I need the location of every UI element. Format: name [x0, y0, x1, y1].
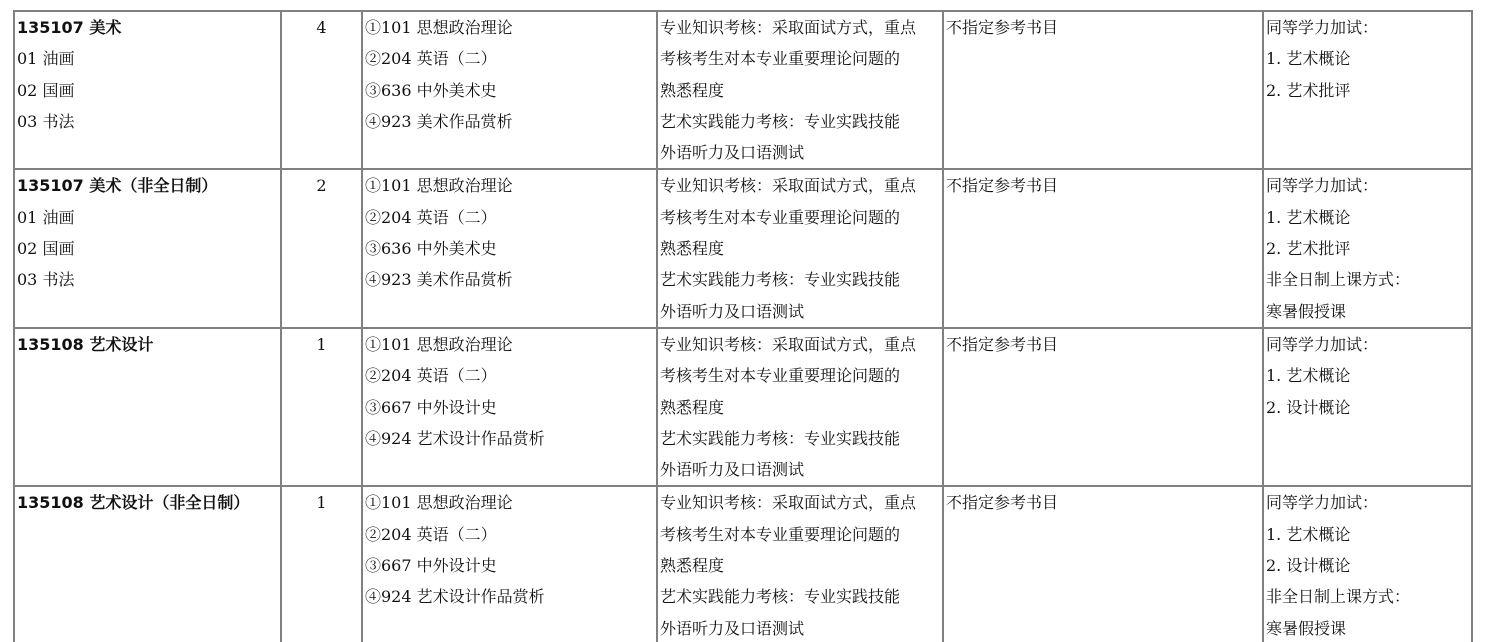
- enrollment-count: 1: [282, 329, 361, 360]
- exam-subject: ④923 美术作品赏析: [365, 264, 656, 295]
- enrollment-count-cell: 4: [281, 11, 362, 169]
- exam-subject: ②204 英语（二）: [365, 519, 656, 550]
- note-line: 2. 艺术批评: [1266, 233, 1471, 264]
- major-title: 135107 美术（非全日制）: [17, 170, 280, 201]
- retest-line: 外语听力及口语测试: [660, 613, 942, 642]
- table-row: 135108 艺术设计 1 ①101 思想政治理论 ②204 英语（二） ③66…: [14, 328, 1472, 486]
- direction-item: 03 书法: [17, 106, 280, 137]
- notes-cell: 同等学力加试： 1. 艺术概论 2. 艺术批评: [1263, 11, 1472, 169]
- retest-line: 艺术实践能力考核：专业实践技能: [660, 106, 942, 137]
- exam-subjects-cell: ①101 思想政治理论 ②204 英语（二） ③667 中外设计史 ④924 艺…: [362, 486, 657, 642]
- note-line: 非全日制上课方式：: [1266, 264, 1471, 295]
- retest-line: 专业知识考核：采取面试方式，重点: [660, 329, 942, 360]
- admissions-catalog-table: 135107 美术 01 油画 02 国画 03 书法 4 ①101 思想政治理…: [13, 10, 1473, 642]
- retest-line: 外语听力及口语测试: [660, 454, 942, 485]
- major-title: 135107 美术: [17, 12, 280, 43]
- retest-line: 考核考生对本专业重要理论问题的: [660, 202, 942, 233]
- notes-cell: 同等学力加试： 1. 艺术概论 2. 艺术批评 非全日制上课方式： 寒暑假授课: [1263, 169, 1472, 327]
- retest-line: 专业知识考核：采取面试方式，重点: [660, 12, 942, 43]
- enrollment-count-cell: 1: [281, 328, 362, 486]
- retest-cell: 专业知识考核：采取面试方式，重点 考核考生对本专业重要理论问题的 熟悉程度 艺术…: [657, 11, 943, 169]
- reference-text: 不指定参考书目: [946, 487, 1262, 518]
- retest-line: 考核考生对本专业重要理论问题的: [660, 43, 942, 74]
- major-cell: 135107 美术 01 油画 02 国画 03 书法: [14, 11, 281, 169]
- major-cell: 135108 艺术设计（非全日制）: [14, 486, 281, 642]
- reference-cell: 不指定参考书目: [943, 169, 1263, 327]
- retest-line: 考核考生对本专业重要理论问题的: [660, 360, 942, 391]
- note-line: 同等学力加试：: [1266, 329, 1471, 360]
- retest-line: 艺术实践能力考核：专业实践技能: [660, 423, 942, 454]
- direction-item: 01 油画: [17, 202, 280, 233]
- direction-item: 01 油画: [17, 43, 280, 74]
- retest-line: 外语听力及口语测试: [660, 137, 942, 168]
- exam-subject: ③667 中外设计史: [365, 392, 656, 423]
- exam-subject: ①101 思想政治理论: [365, 12, 656, 43]
- reference-text: 不指定参考书目: [946, 329, 1262, 360]
- retest-line: 专业知识考核：采取面试方式，重点: [660, 487, 942, 518]
- retest-line: 熟悉程度: [660, 550, 942, 581]
- enrollment-count-cell: 1: [281, 486, 362, 642]
- retest-line: 艺术实践能力考核：专业实践技能: [660, 581, 942, 612]
- retest-line: 外语听力及口语测试: [660, 296, 942, 327]
- major-title: 135108 艺术设计: [17, 329, 280, 360]
- reference-cell: 不指定参考书目: [943, 11, 1263, 169]
- note-line: 1. 艺术概论: [1266, 202, 1471, 233]
- note-line: 非全日制上课方式：: [1266, 581, 1471, 612]
- reference-text: 不指定参考书目: [946, 12, 1262, 43]
- exam-subjects-cell: ①101 思想政治理论 ②204 英语（二） ③667 中外设计史 ④924 艺…: [362, 328, 657, 486]
- exam-subject: ④924 艺术设计作品赏析: [365, 423, 656, 454]
- exam-subject: ③636 中外美术史: [365, 75, 656, 106]
- exam-subject: ①101 思想政治理论: [365, 170, 656, 201]
- exam-subject: ③667 中外设计史: [365, 550, 656, 581]
- note-line: 寒暑假授课: [1266, 296, 1471, 327]
- exam-subjects-cell: ①101 思想政治理论 ②204 英语（二） ③636 中外美术史 ④923 美…: [362, 169, 657, 327]
- reference-cell: 不指定参考书目: [943, 486, 1263, 642]
- enrollment-count: 2: [282, 170, 361, 201]
- note-line: 同等学力加试：: [1266, 170, 1471, 201]
- notes-cell: 同等学力加试： 1. 艺术概论 2. 设计概论: [1263, 328, 1472, 486]
- note-line: 1. 艺术概论: [1266, 519, 1471, 550]
- note-line: 2. 艺术批评: [1266, 75, 1471, 106]
- note-line: 1. 艺术概论: [1266, 43, 1471, 74]
- retest-line: 专业知识考核：采取面试方式，重点: [660, 170, 942, 201]
- direction-item: 02 国画: [17, 75, 280, 106]
- direction-item: 02 国画: [17, 233, 280, 264]
- note-line: 同等学力加试：: [1266, 12, 1471, 43]
- major-cell: 135107 美术（非全日制） 01 油画 02 国画 03 书法: [14, 169, 281, 327]
- direction-item: 03 书法: [17, 264, 280, 295]
- major-title: 135108 艺术设计（非全日制）: [17, 487, 280, 518]
- exam-subject: ①101 思想政治理论: [365, 329, 656, 360]
- enrollment-count: 4: [282, 12, 361, 43]
- exam-subject: ①101 思想政治理论: [365, 487, 656, 518]
- exam-subject: ④923 美术作品赏析: [365, 106, 656, 137]
- reference-cell: 不指定参考书目: [943, 328, 1263, 486]
- exam-subject: ②204 英语（二）: [365, 360, 656, 391]
- retest-line: 熟悉程度: [660, 233, 942, 264]
- retest-cell: 专业知识考核：采取面试方式，重点 考核考生对本专业重要理论问题的 熟悉程度 艺术…: [657, 169, 943, 327]
- exam-subject: ③636 中外美术史: [365, 233, 656, 264]
- table-row: 135107 美术（非全日制） 01 油画 02 国画 03 书法 2 ①101…: [14, 169, 1472, 327]
- enrollment-count: 1: [282, 487, 361, 518]
- table-row: 135107 美术 01 油画 02 国画 03 书法 4 ①101 思想政治理…: [14, 11, 1472, 169]
- retest-cell: 专业知识考核：采取面试方式，重点 考核考生对本专业重要理论问题的 熟悉程度 艺术…: [657, 328, 943, 486]
- retest-cell: 专业知识考核：采取面试方式，重点 考核考生对本专业重要理论问题的 熟悉程度 艺术…: [657, 486, 943, 642]
- note-line: 2. 设计概论: [1266, 550, 1471, 581]
- exam-subject: ②204 英语（二）: [365, 202, 656, 233]
- table-row: 135108 艺术设计（非全日制） 1 ①101 思想政治理论 ②204 英语（…: [14, 486, 1472, 642]
- major-cell: 135108 艺术设计: [14, 328, 281, 486]
- note-line: 2. 设计概论: [1266, 392, 1471, 423]
- exam-subject: ②204 英语（二）: [365, 43, 656, 74]
- retest-line: 熟悉程度: [660, 75, 942, 106]
- note-line: 寒暑假授课: [1266, 613, 1471, 642]
- reference-text: 不指定参考书目: [946, 170, 1262, 201]
- retest-line: 熟悉程度: [660, 392, 942, 423]
- notes-cell: 同等学力加试： 1. 艺术概论 2. 设计概论 非全日制上课方式： 寒暑假授课: [1263, 486, 1472, 642]
- exam-subjects-cell: ①101 思想政治理论 ②204 英语（二） ③636 中外美术史 ④923 美…: [362, 11, 657, 169]
- note-line: 同等学力加试：: [1266, 487, 1471, 518]
- retest-line: 艺术实践能力考核：专业实践技能: [660, 264, 942, 295]
- enrollment-count-cell: 2: [281, 169, 362, 327]
- exam-subject: ④924 艺术设计作品赏析: [365, 581, 656, 612]
- retest-line: 考核考生对本专业重要理论问题的: [660, 519, 942, 550]
- note-line: 1. 艺术概论: [1266, 360, 1471, 391]
